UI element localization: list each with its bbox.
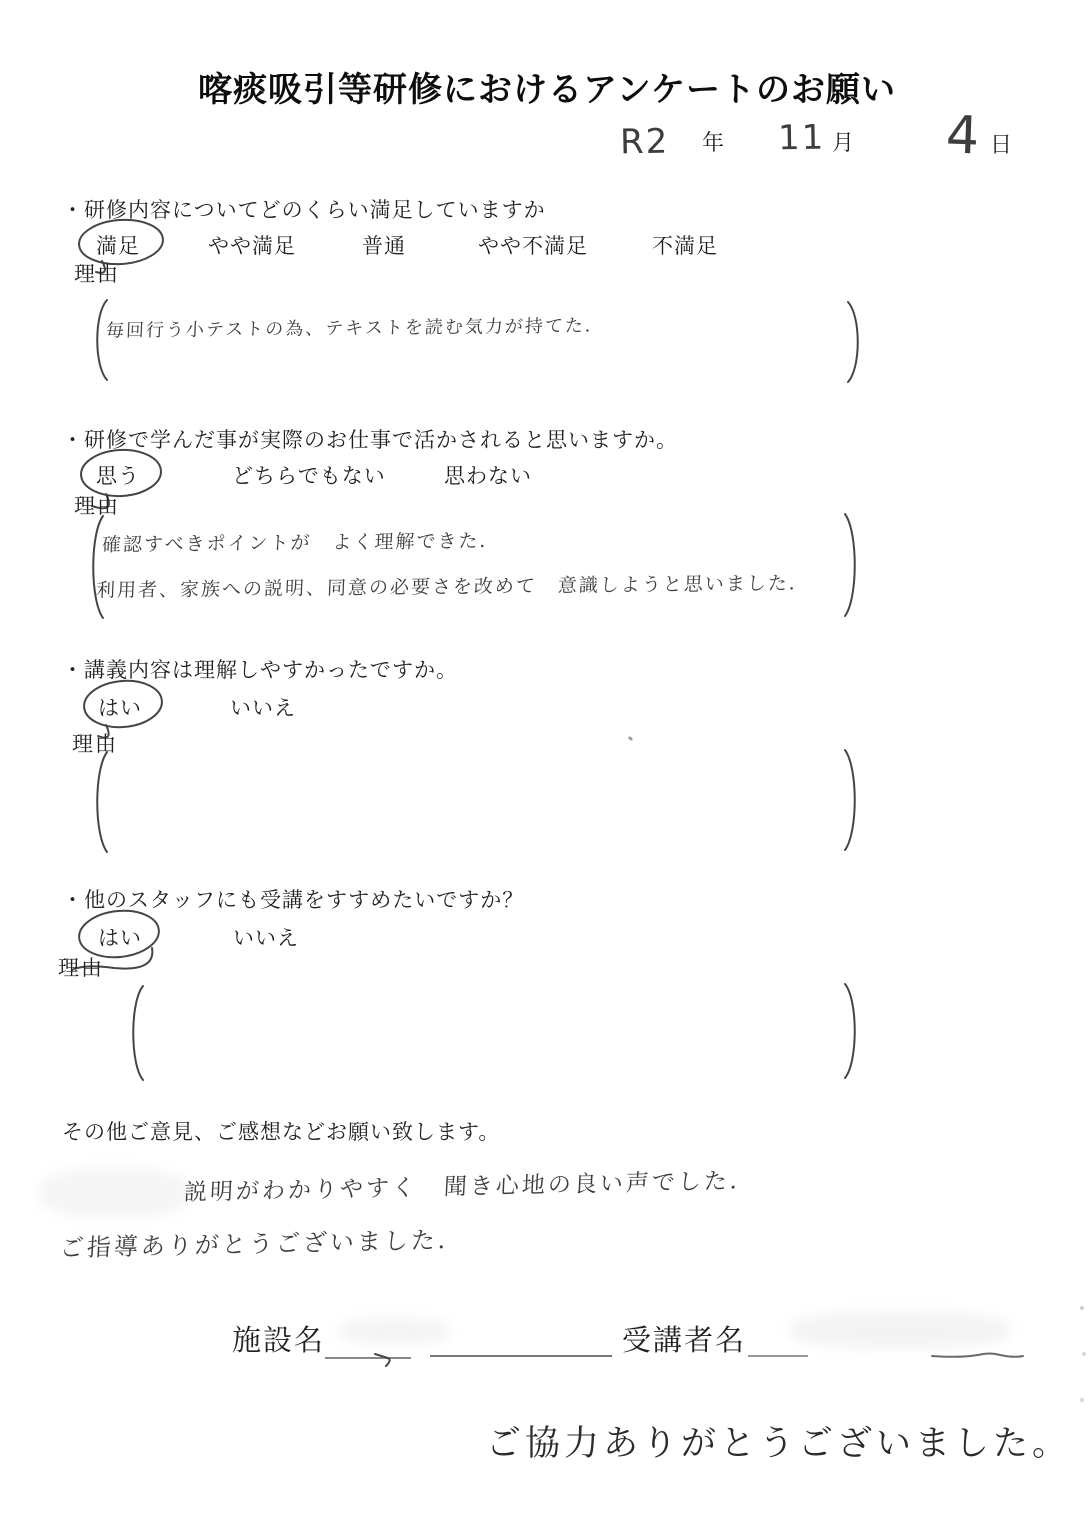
q1-option-futsuu: 普通 (362, 230, 406, 260)
q2-option-omowanai: 思わない (444, 460, 532, 490)
facility-underline-1 (325, 1357, 411, 1359)
date-day-handwritten: 4 (945, 105, 980, 166)
facility-handwritten-mark (372, 1348, 396, 1370)
date-era-year-handwritten: R2 (620, 122, 670, 163)
q2-bracket-right-icon (842, 512, 862, 618)
q2-answer-line2-handwritten: 利用者、家族への説明、同意の必要さを改めて 意識しようと思いました． (95, 568, 810, 602)
q3-option-iie: いいえ (230, 692, 296, 722)
q4-reason-label: 理由 (58, 952, 104, 982)
facility-name-label: 施設名 (232, 1318, 325, 1359)
q1-bracket-right-icon (845, 300, 865, 384)
facility-redaction-blur (340, 1318, 450, 1344)
attendee-underline-1 (748, 1355, 808, 1357)
q4-bracket-right-icon (842, 982, 862, 1080)
scan-speck (1082, 1352, 1086, 1356)
q2-answer-line1-handwritten: 確認すべきポイントが よく理解できた． (101, 526, 501, 557)
q4-bracket-left-icon (126, 984, 146, 1082)
q1-answer-handwritten: 毎回行う小テストの為、テキストを読む気力が持てた． (105, 311, 605, 342)
q1-option-yaya-manzoku: やや満足 (208, 230, 296, 260)
facility-underline-2 (430, 1355, 612, 1357)
closing-thanks: ご協力ありがとうございました。 (486, 1416, 1071, 1466)
comments-prompt: その他ご意見、ご感想などお願い致します。 (62, 1116, 500, 1146)
date-day-unit: 日 (990, 128, 1012, 159)
q3-bracket-left-icon (90, 750, 110, 854)
comments-line2-handwritten: ご指導ありがとうございました． (59, 1220, 466, 1264)
q1-reason-label: 理由 (74, 258, 120, 288)
q3-bracket-right-icon (842, 748, 862, 852)
scanned-survey-page: 喀痰吸引等研修におけるアンケートのお願い R2 年 11 月 4 日 ・研修内容… (0, 0, 1088, 1536)
q2-option-dochirademonai: どちらでもない (232, 460, 386, 490)
attendee-redaction-blur (790, 1312, 1010, 1348)
erased-smudge (40, 1168, 190, 1218)
comments-line1-handwritten: 説明がわかりやすく 聞き心地の良い声でした． (183, 1162, 756, 1207)
attendee-underline-2 (930, 1348, 1025, 1362)
scan-speck (1080, 1306, 1084, 1310)
date-month-unit: 月 (832, 126, 854, 157)
q1-option-fumanzoku: 不満足 (652, 230, 718, 260)
scan-speck (628, 736, 634, 742)
q4-option-iie: いいえ (233, 922, 299, 952)
attendee-name-label: 受講者名 (622, 1318, 746, 1359)
date-year-unit: 年 (702, 126, 724, 157)
form-title: 喀痰吸引等研修におけるアンケートのお願い (198, 62, 896, 111)
q1-option-yaya-fumanzoku: やや不満足 (478, 230, 588, 260)
scan-speck (1080, 1398, 1084, 1402)
date-month-handwritten: 11 (778, 118, 826, 159)
